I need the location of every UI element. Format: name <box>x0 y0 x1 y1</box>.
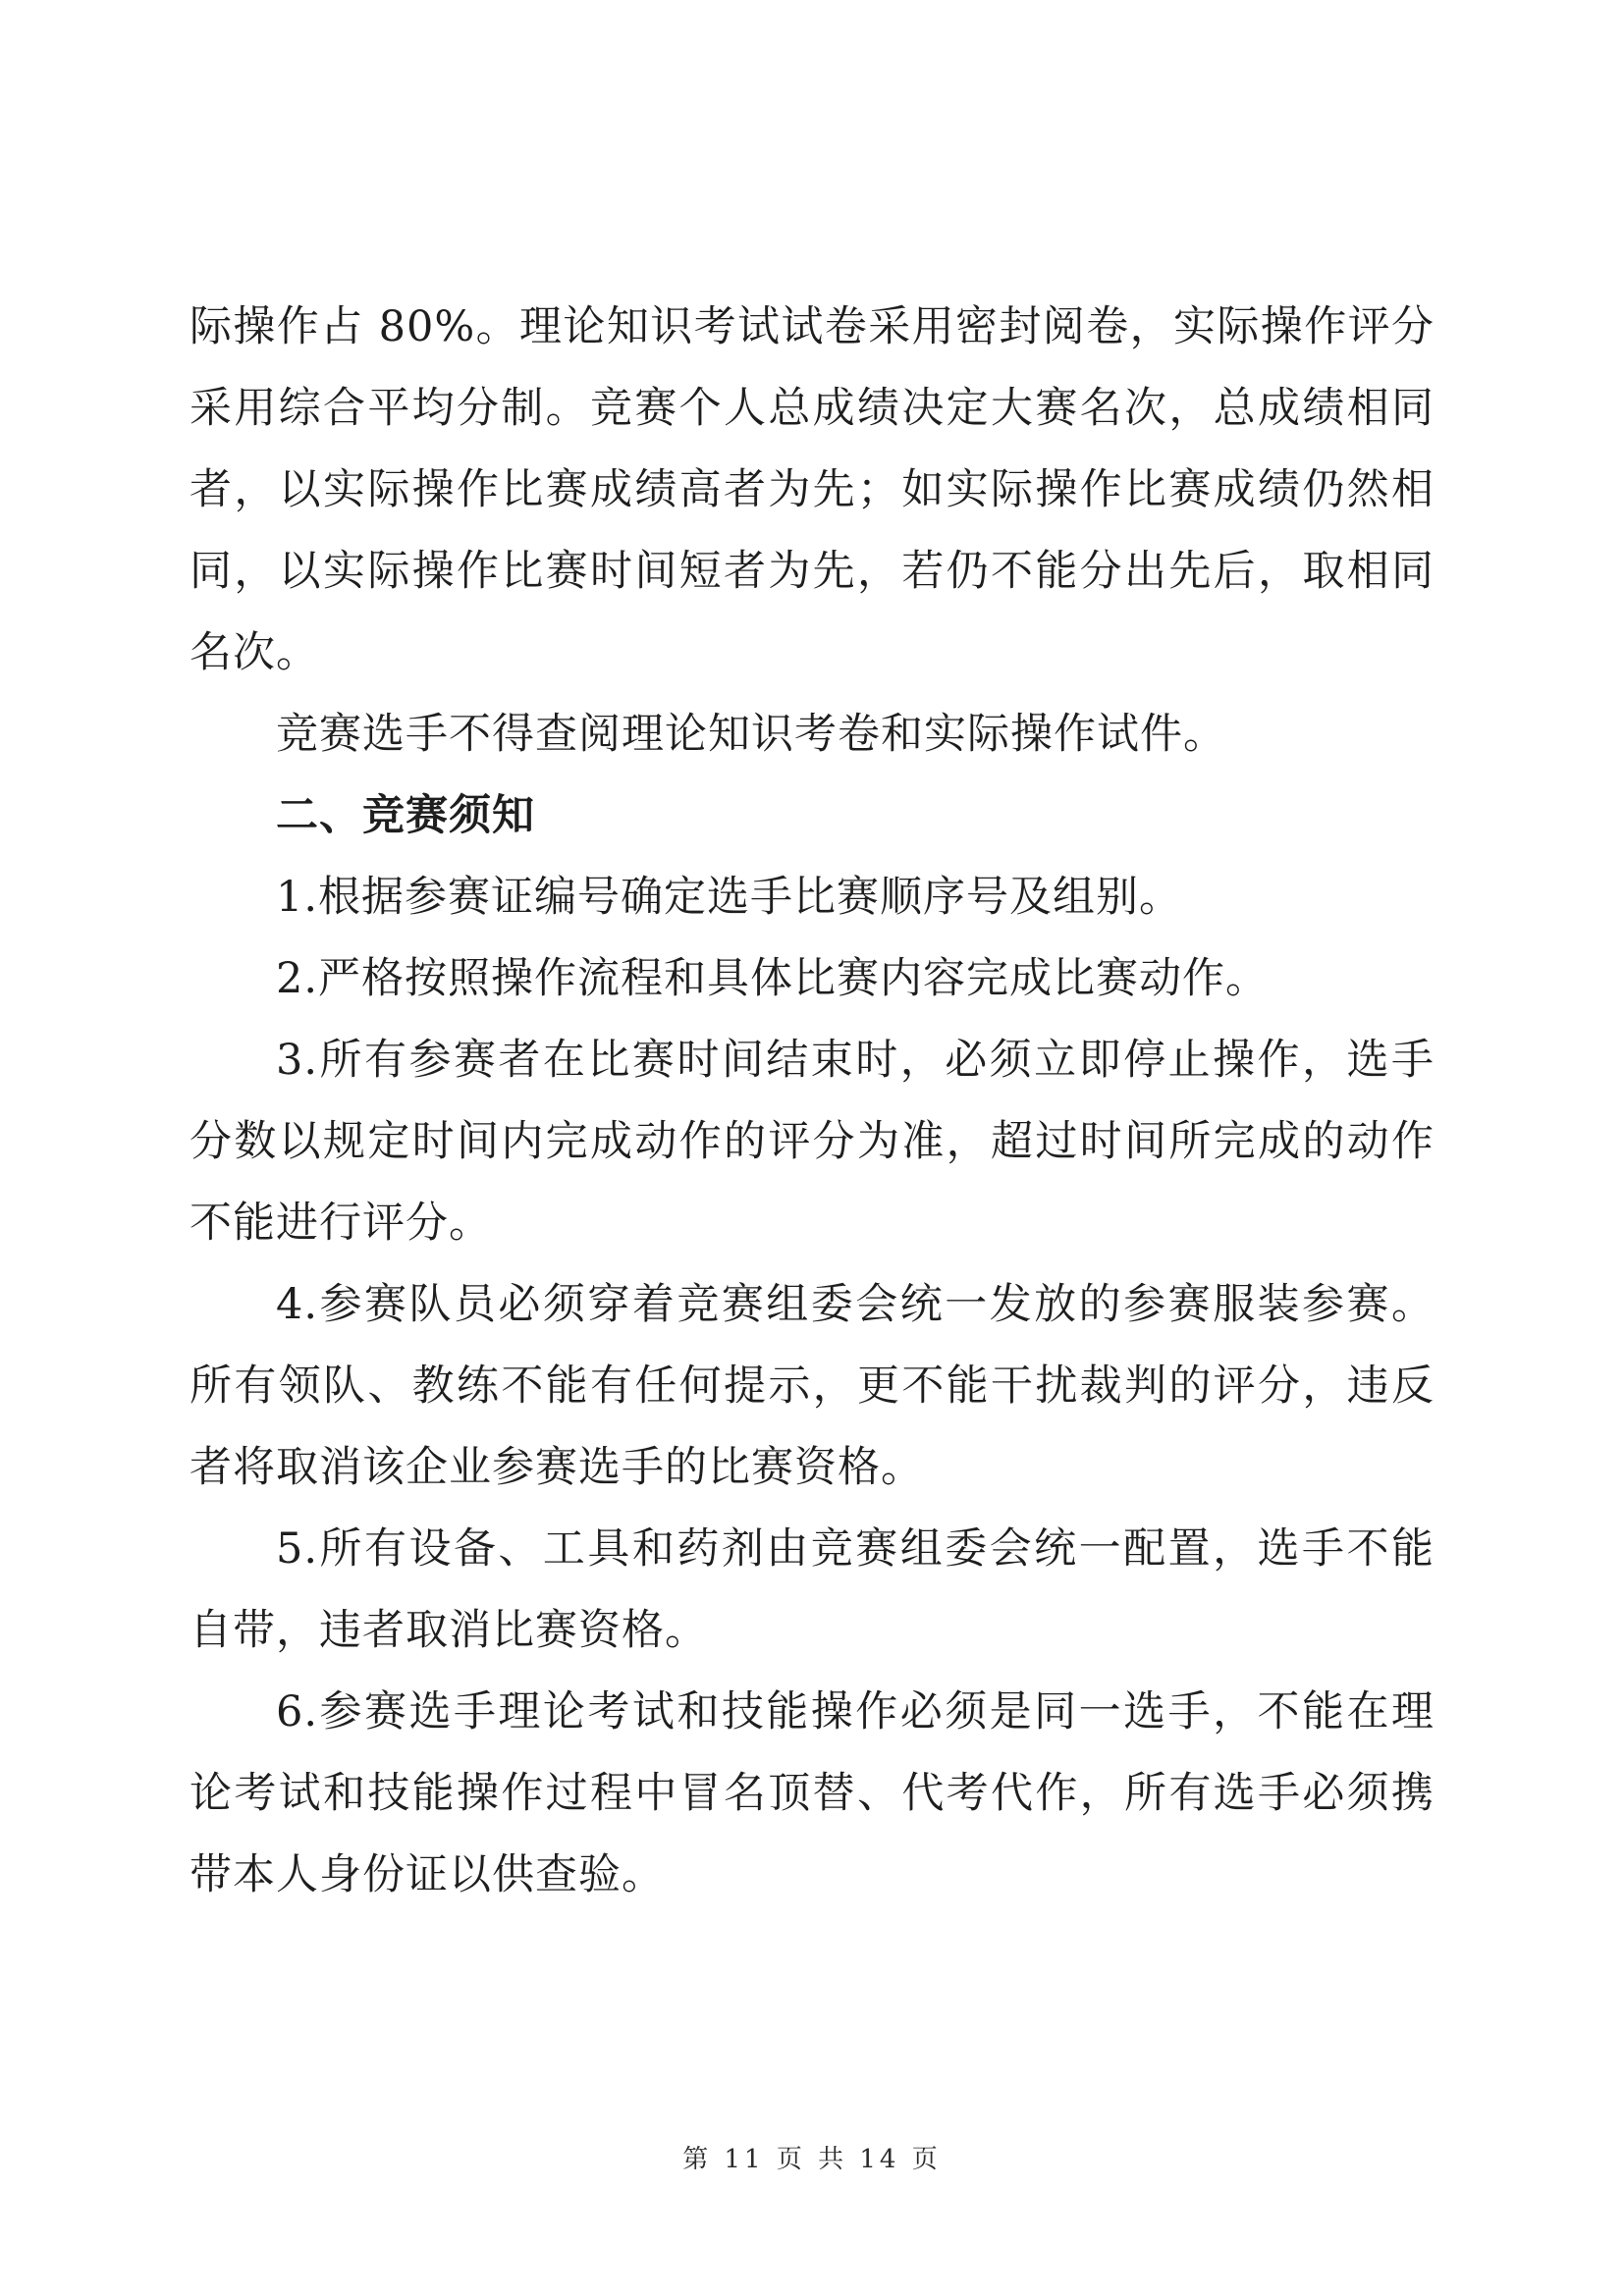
list-item-3: 3.所有参赛者在比赛时间结束时，必须立即停止操作，选手分数以规定时间内完成动作的… <box>189 1020 1435 1264</box>
list-item-2: 2.严格按照操作流程和具体比赛内容完成比赛动作。 <box>189 938 1435 1020</box>
page-footer: 第 11 页 共 14 页 <box>0 2140 1624 2179</box>
document-page: 际操作占 80%。理论知识考试试卷采用密封阅卷，实际操作评分采用综合平均分制。竞… <box>0 0 1624 2296</box>
paragraph-note: 竞赛选手不得查阅理论知识考卷和实际操作试件。 <box>189 694 1435 775</box>
paragraph-intro-continuation: 际操作占 80%。理论知识考试试卷采用密封阅卷，实际操作评分采用综合平均分制。竞… <box>189 287 1435 694</box>
list-item-5: 5.所有设备、工具和药剂由竞赛组委会统一配置，选手不能自带，违者取消比赛资格。 <box>189 1509 1435 1672</box>
section-heading: 二、竞赛须知 <box>189 775 1435 857</box>
document-body: 际操作占 80%。理论知识考试试卷采用密封阅卷，实际操作评分采用综合平均分制。竞… <box>189 287 1435 1916</box>
list-item-4: 4.参赛队员必须穿着竞赛组委会统一发放的参赛服装参赛。所有领队、教练不能有任何提… <box>189 1264 1435 1509</box>
list-item-6: 6.参赛选手理论考试和技能操作必须是同一选手，不能在理论考试和技能操作过程中冒名… <box>189 1672 1435 1916</box>
list-item-1: 1.根据参赛证编号确定选手比赛顺序号及组别。 <box>189 857 1435 938</box>
